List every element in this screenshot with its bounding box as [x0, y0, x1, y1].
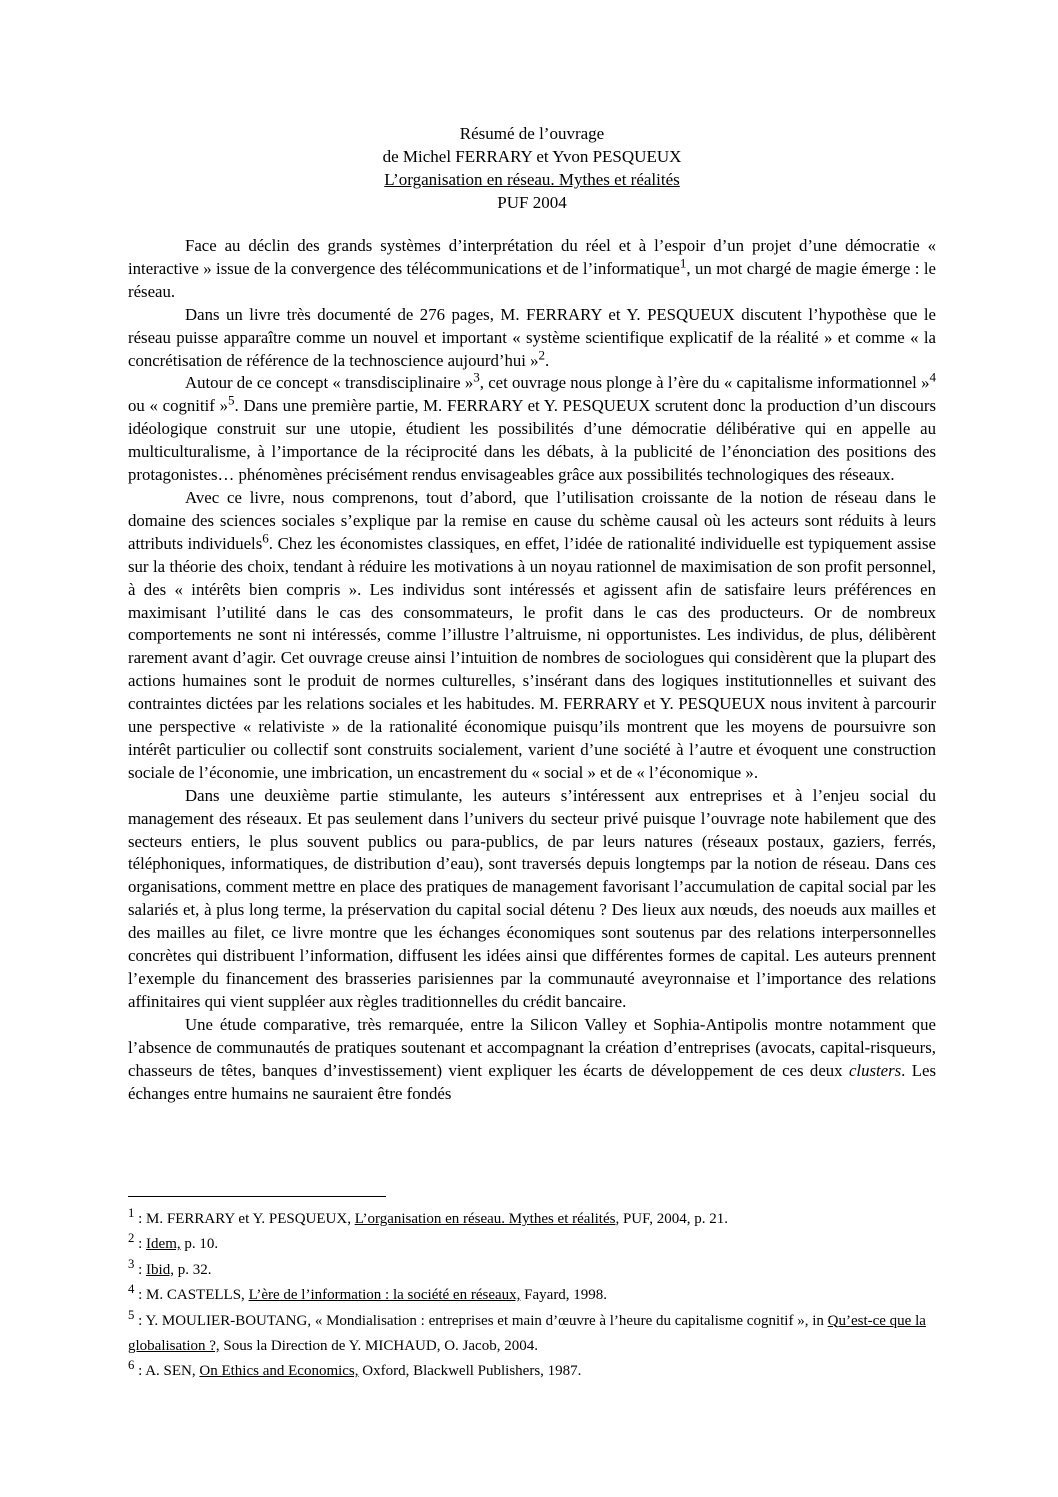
text-run: Sous la Direction de Y. MICHAUD, O. Jaco…: [220, 1338, 538, 1354]
footnote-separator: [128, 1196, 386, 1197]
paragraph: Face au déclin des grands systèmes d’int…: [128, 235, 936, 304]
footnote-ref: 4: [929, 370, 936, 385]
title-block: Résumé de l’ouvragede Michel FERRARY et …: [128, 122, 936, 214]
text-run: , cet ouvrage nous plonge à l’ère du « c…: [480, 373, 930, 392]
text-run: p. 10.: [181, 1236, 219, 1252]
text-run: L’ère de l’information : la société en r…: [249, 1287, 521, 1303]
text-run: : M. CASTELLS,: [134, 1287, 248, 1303]
body-text: Face au déclin des grands systèmes d’int…: [128, 235, 936, 1105]
paragraph: Avec ce livre, nous comprenons, tout d’a…: [128, 487, 936, 785]
footnote: 6 : A. SEN, On Ethics and Economics, Oxf…: [128, 1359, 940, 1384]
document-page: Résumé de l’ouvragede Michel FERRARY et …: [0, 0, 1058, 1497]
footnotes-section: 1 : M. FERRARY et Y. PESQUEUX, L’organis…: [128, 1196, 940, 1385]
text-run: Dans un livre très documenté de 276 page…: [128, 305, 936, 370]
title-line: PUF 2004: [128, 191, 936, 214]
text-run: L’organisation en réseau. Mythes et réal…: [355, 1211, 616, 1227]
paragraph: Dans un livre très documenté de 276 page…: [128, 304, 936, 373]
footnote-list: 1 : M. FERRARY et Y. PESQUEUX, L’organis…: [128, 1207, 940, 1385]
paragraph: Autour de ce concept « transdisciplinair…: [128, 372, 936, 487]
text-run: Autour de ce concept « transdisciplinair…: [185, 373, 473, 392]
text-run: : M. FERRARY et Y. PESQUEUX,: [134, 1211, 354, 1227]
text-run: Dans une deuxième partie stimulante, les…: [128, 786, 936, 1011]
text-run: p. 32.: [174, 1262, 212, 1278]
text-run: On Ethics and Economics,: [199, 1363, 358, 1379]
text-run: ou « cognitif »: [128, 396, 228, 415]
text-run: Une étude comparative, très remarquée, e…: [128, 1015, 936, 1080]
title-line: L’organisation en réseau. Mythes et réal…: [128, 168, 936, 191]
page-content: Résumé de l’ouvragede Michel FERRARY et …: [128, 122, 936, 1105]
paragraph: Dans une deuxième partie stimulante, les…: [128, 785, 936, 1014]
title-line: de Michel FERRARY et Yvon PESQUEUX: [128, 145, 936, 168]
footnote: 4 : M. CASTELLS, L’ère de l’information …: [128, 1283, 940, 1308]
text-run: Oxford, Blackwell Publishers, 1987.: [359, 1363, 582, 1379]
text-run: : A. SEN,: [134, 1363, 199, 1379]
footnote: 5 : Y. MOULIER-BOUTANG, « Mondialisation…: [128, 1309, 940, 1360]
footnote: 1 : M. FERRARY et Y. PESQUEUX, L’organis…: [128, 1207, 940, 1232]
text-run: : Y. MOULIER-BOUTANG, « Mondialisation :…: [134, 1313, 827, 1329]
text-run: :: [134, 1236, 146, 1252]
title-line: Résumé de l’ouvrage: [128, 122, 936, 145]
text-run: Ibid,: [146, 1262, 174, 1278]
paragraph: Une étude comparative, très remarquée, e…: [128, 1014, 936, 1106]
text-run: clusters: [849, 1061, 901, 1080]
footnote: 2 : Idem, p. 10.: [128, 1232, 940, 1257]
footnote: 3 : Ibid, p. 32.: [128, 1258, 940, 1283]
text-run: . Dans une première partie, M. FERRARY e…: [128, 396, 936, 484]
text-run: .: [545, 351, 549, 370]
text-run: Idem,: [146, 1236, 181, 1252]
text-run: , PUF, 2004, p. 21.: [615, 1211, 728, 1227]
text-run: . Chez les économistes classiques, en ef…: [128, 534, 936, 782]
text-run: :: [134, 1262, 146, 1278]
text-run: Fayard, 1998.: [520, 1287, 607, 1303]
